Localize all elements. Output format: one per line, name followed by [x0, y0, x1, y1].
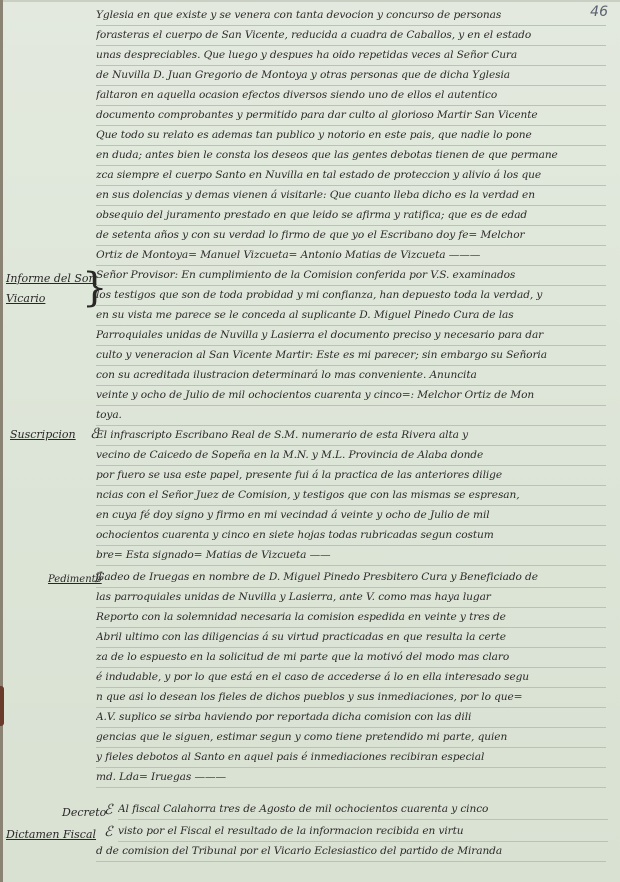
manuscript-page: 46 Yglesia en que existe y se venera con… — [0, 0, 620, 882]
text-line: Reporto con la solemnidad necesaria la c… — [96, 608, 606, 628]
margin-note-suscripcion: Suscripcion — [10, 428, 76, 441]
page-top-edge — [0, 0, 620, 2]
text-line: n que asi lo desean los fieles de dichos… — [96, 688, 606, 708]
text-line: veinte y ocho de Julio de mil ochociento… — [96, 386, 606, 406]
text-line: de Nuvilla D. Juan Gregorio de Montoya y… — [96, 66, 606, 86]
page-left-edge — [0, 0, 3, 882]
text-line: los testigos que son de toda probidad y … — [96, 286, 606, 306]
text-line: za de lo espuesto en la solicitud de mi … — [96, 648, 606, 668]
margin-note-decreto: Decreto — [62, 806, 106, 819]
margin-note-dictamen: Dictamen Fiscal — [6, 828, 96, 841]
text-line: d de comision del Tribunal por el Vicari… — [96, 842, 606, 862]
text-line: obsequio del juramento prestado en que l… — [96, 206, 606, 226]
text-line: unas despreciables. Que luego y despues … — [96, 46, 606, 66]
text-line: ochocientos cuarenta y cinco en siete ho… — [96, 526, 606, 546]
text-line: Señor Provisor: En cumplimiento de la Co… — [96, 266, 606, 286]
text-line: en su vista me parece se le conceda al s… — [96, 306, 606, 326]
text-line: en sus dolencias y demas vienen á visita… — [96, 186, 606, 206]
text-line: A.V. suplico se sirba haviendo por repor… — [96, 708, 606, 728]
section-mark: ℰ — [104, 824, 112, 840]
text-line: vecino de Caicedo de Sopeña en la M.N. y… — [96, 446, 606, 466]
text-line: y fieles debotos al Santo en aquel pais … — [96, 748, 606, 768]
text-line: en cuya fé doy signo y firmo en mi vecin… — [96, 506, 606, 526]
text-line: ncias con el Señor Juez de Comision, y t… — [96, 486, 606, 506]
text-line: visto por el Fiscal el resultado de la i… — [118, 822, 608, 842]
text-line: forasteras el cuerpo de San Vicente, red… — [96, 26, 606, 46]
text-line: md. Lda= Iruegas ——— — [96, 768, 606, 788]
text-line: toya. — [96, 406, 606, 426]
text-line: Que todo su relato es ademas tan publico… — [96, 126, 606, 146]
text-line: culto y veneracion al San Vicente Martir… — [96, 346, 606, 366]
text-line: en duda; antes bien le consta los deseos… — [96, 146, 606, 166]
margin-note-vicario: Vicario — [6, 292, 45, 305]
text-line: las parroquiales unidas de Nuvilla y Las… — [96, 588, 606, 608]
margin-note-informe: Informe del Sor — [6, 272, 94, 285]
text-line: faltaron en aquella ocasion efectos dive… — [96, 86, 606, 106]
text-line: Gadeo de Iruegas en nombre de D. Miguel … — [96, 568, 606, 588]
binding-stain — [0, 686, 4, 726]
text-line: bre= Esta signado= Matias de Vizcueta —— — [96, 546, 606, 566]
text-line: por fuero se usa este papel, presente fu… — [96, 466, 606, 486]
text-line: é indudable, y por lo que está en el cas… — [96, 668, 606, 688]
text-line: Al fiscal Calahorra tres de Agosto de mi… — [118, 800, 608, 820]
text-line: de setenta años y con su verdad lo firmo… — [96, 226, 606, 246]
text-line: El infrascripto Escribano Real de S.M. n… — [96, 426, 606, 446]
text-line: Abril ultimo con las diligencias á su vi… — [96, 628, 606, 648]
text-line: gencias que le siguen, estimar segun y c… — [96, 728, 606, 748]
text-line: zca siempre el cuerpo Santo en Nuvilla e… — [96, 166, 606, 186]
text-line: Yglesia en que existe y se venera con ta… — [96, 6, 606, 26]
text-line: Ortiz de Montoya= Manuel Vizcueta= Anton… — [96, 246, 606, 266]
text-line: con su acreditada ilustracion determinar… — [96, 366, 606, 386]
text-line: documento comprobantes y permitido para … — [96, 106, 606, 126]
text-line: Parroquiales unidas de Nuvilla y Lasierr… — [96, 326, 606, 346]
section-mark: ℰ — [104, 802, 112, 818]
